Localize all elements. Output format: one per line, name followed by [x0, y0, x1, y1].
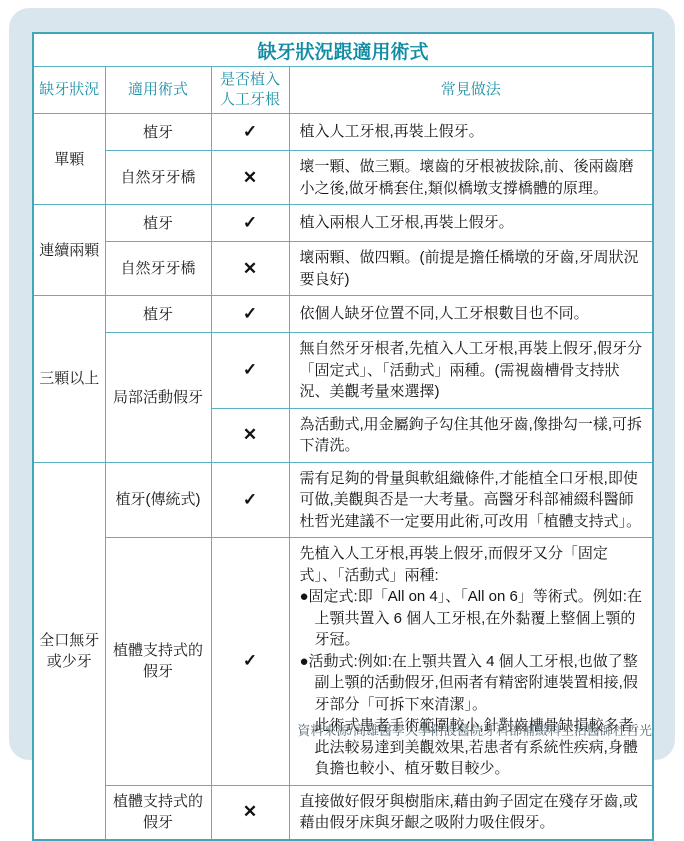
table-row: 局部活動假牙 ✓ 無自然牙牙根者,先植入人工牙根,再裝上假牙,假牙分「固定式」、…: [33, 333, 653, 409]
description-cell: 先植入人工牙根,再裝上假牙,而假牙又分「固定式」、「活動式」兩種: ●固定式:即…: [289, 538, 653, 786]
description-cell: 依個人缺牙位置不同,人工牙根數目也不同。: [289, 296, 653, 333]
header-row: 缺牙狀況 適用術式 是否植入 人工牙根 常見做法: [33, 67, 653, 114]
check-icon: ✓: [211, 114, 289, 151]
method-cell: 自然牙牙橋: [105, 242, 211, 296]
source-credit: 資料來源/高雄醫學大學附設醫院牙科部補綴科主治醫師杜哲光: [9, 720, 652, 739]
page-title: 缺牙狀況跟適用術式: [33, 33, 653, 67]
table-row: 植體支持式的假牙 ✕ 直接做好假牙與樹脂床,藉由鉤子固定在殘存牙齒,或藉由假牙床…: [33, 785, 653, 840]
method-cell: 植牙: [105, 205, 211, 242]
method-cell: 自然牙牙橋: [105, 151, 211, 205]
method-cell-implant-supported: 植體支持式的假牙: [105, 785, 211, 840]
description-cell: 為活動式,用金屬鉤子勾住其他牙齒,像掛勾一樣,可拆下清洗。: [289, 408, 653, 462]
description-cell: 壞兩顆、做四顆。(前提是擔任橋墩的牙齒,牙周狀況要良好): [289, 242, 653, 296]
col-header-implant: 是否植入 人工牙根: [211, 67, 289, 114]
description-cell: 直接做好假牙與樹脂床,藉由鉤子固定在殘存牙齒,或藉由假牙床與牙齦之吸附力吸住假牙…: [289, 785, 653, 840]
condition-cell-full-mouth: 全口無牙或少牙: [33, 462, 105, 840]
cross-icon: ✕: [211, 408, 289, 462]
check-icon: ✓: [211, 296, 289, 333]
description-bullet-fixed: ●固定式:即「All on 4」、「All on 6」等術式。例如:在上顎共置入…: [300, 586, 643, 651]
description-cell: 植入兩根人工牙根,再裝上假牙。: [289, 205, 653, 242]
method-cell-partial-denture: 局部活動假牙: [105, 333, 211, 463]
condition-cell-three-or-more: 三顆以上: [33, 296, 105, 463]
check-icon: ✓: [211, 333, 289, 409]
table-row: 單顆 植牙 ✓ 植入人工牙根,再裝上假牙。: [33, 114, 653, 151]
col-header-common-practice: 常見做法: [289, 67, 653, 114]
infographic-panel: 缺牙狀況跟適用術式 缺牙狀況 適用術式 是否植入 人工牙根 常見做法 單顆 植牙…: [9, 8, 675, 760]
method-cell: 植牙(傳統式): [105, 462, 211, 538]
cross-icon: ✕: [211, 242, 289, 296]
description-cell: 壞一顆、做三顆。壞齒的牙根被拔除,前、後兩齒磨小之後,做牙橋套住,類似橋墩支撐橋…: [289, 151, 653, 205]
table-row: 自然牙牙橋 ✕ 壞兩顆、做四顆。(前提是擔任橋墩的牙齒,牙周狀況要良好): [33, 242, 653, 296]
condition-cell-single: 單顆: [33, 114, 105, 205]
method-cell: 植牙: [105, 114, 211, 151]
cross-icon: ✕: [211, 151, 289, 205]
cross-icon: ✕: [211, 785, 289, 840]
description-cell: 無自然牙牙根者,先植入人工牙根,再裝上假牙,假牙分「固定式」、「活動式」兩種。(…: [289, 333, 653, 409]
table-row: 自然牙牙橋 ✕ 壞一顆、做三顆。壞齒的牙根被拔除,前、後兩齒磨小之後,做牙橋套住…: [33, 151, 653, 205]
method-cell: 植牙: [105, 296, 211, 333]
condition-cell-two-consecutive: 連續兩顆: [33, 205, 105, 296]
description-paragraph: 先植入人工牙根,再裝上假牙,而假牙又分「固定式」、「活動式」兩種:: [300, 543, 643, 586]
description-bullet-removable: ●活動式:例如:在上顎共置入 4 個人工牙根,也做了整副上顎的活動假牙,但兩者有…: [300, 651, 643, 716]
method-cell-implant-supported: 植體支持式的假牙: [105, 538, 211, 786]
description-cell: 植入人工牙根,再裝上假牙。: [289, 114, 653, 151]
check-icon: ✓: [211, 462, 289, 538]
table-row: 三顆以上 植牙 ✓ 依個人缺牙位置不同,人工牙根數目也不同。: [33, 296, 653, 333]
table-row: 連續兩顆 植牙 ✓ 植入兩根人工牙根,再裝上假牙。: [33, 205, 653, 242]
description-cell: 需有足夠的骨量與軟組織條件,才能植全口牙根,即使可做,美觀與否是一大考量。高醫牙…: [289, 462, 653, 538]
title-row: 缺牙狀況跟適用術式: [33, 33, 653, 67]
table-row: 全口無牙或少牙 植牙(傳統式) ✓ 需有足夠的骨量與軟組織條件,才能植全口牙根,…: [33, 462, 653, 538]
table-row: 植體支持式的假牙 ✓ 先植入人工牙根,再裝上假牙,而假牙又分「固定式」、「活動式…: [33, 538, 653, 786]
col-header-method: 適用術式: [105, 67, 211, 114]
check-icon: ✓: [211, 205, 289, 242]
check-icon: ✓: [211, 538, 289, 786]
col-header-condition: 缺牙狀況: [33, 67, 105, 114]
